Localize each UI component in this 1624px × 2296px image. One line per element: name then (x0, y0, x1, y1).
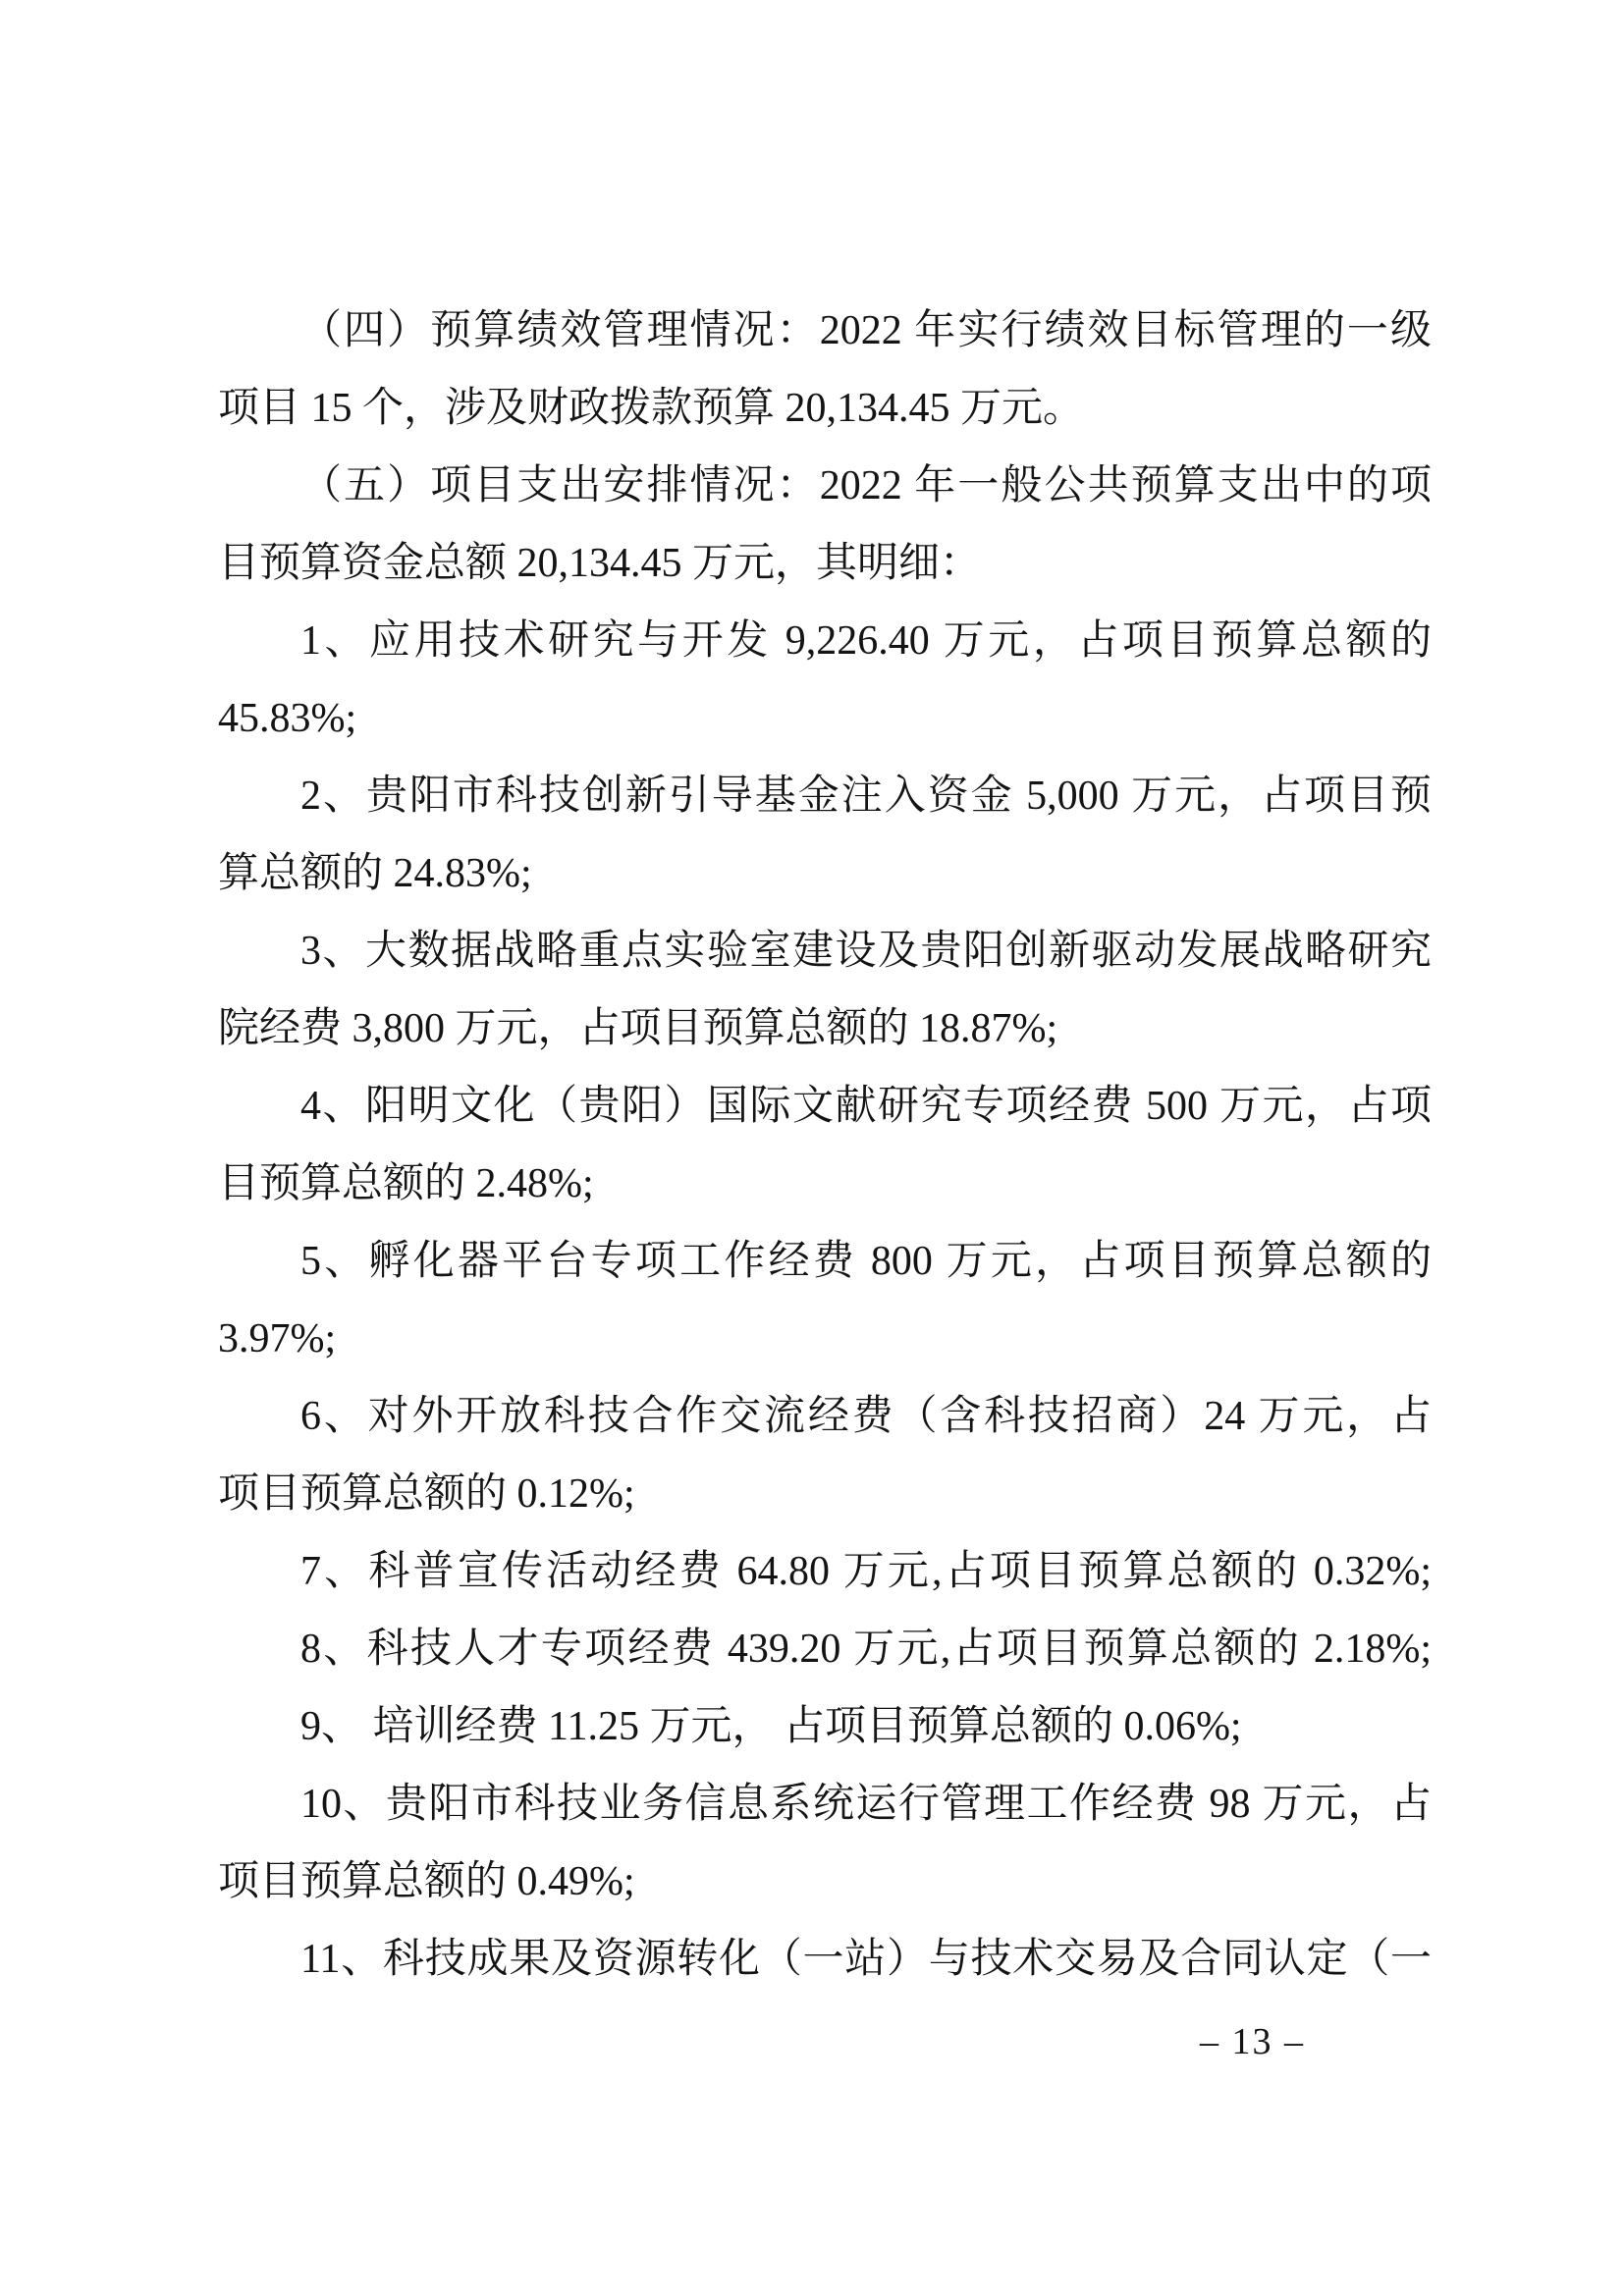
text-line: 项目 15 个，涉及财政拨款预算 20,134.45 万元。 (218, 370, 1432, 448)
text-line: 45.83%; (218, 680, 1432, 758)
text-line: 7、科普宣传活动经费 64.80 万元,占项目预算总额的 0.32%; (218, 1533, 1432, 1611)
text-line: 4、阳明文化（贵阳）国际文献研究专项经费 500 万元，占项 (218, 1068, 1432, 1146)
text-line: 项目预算总额的 0.12%; (218, 1456, 1432, 1533)
text-line: （四）预算绩效管理情况：2022 年实行绩效目标管理的一级 (218, 293, 1432, 370)
text-line: 8、科技人才专项经费 439.20 万元,占项目预算总额的 2.18%; (218, 1611, 1432, 1688)
page-number: – 13 – (1200, 2010, 1305, 2073)
text-line: 5、孵化器平台专项工作经费 800 万元，占项目预算总额的 (218, 1223, 1432, 1301)
text-line: 10、贵阳市科技业务信息系统运行管理工作经费 98 万元，占 (218, 1766, 1432, 1843)
text-line: 2、贵阳市科技创新引导基金注入资金 5,000 万元，占项目预 (218, 758, 1432, 835)
text-block: （四）预算绩效管理情况：2022 年实行绩效目标管理的一级 项目 15 个，涉及… (218, 293, 1432, 1999)
text-line: 院经费 3,800 万元，占项目预算总额的 18.87%; (218, 990, 1432, 1068)
text-line: 算总额的 24.83%; (218, 835, 1432, 913)
text-line: 项目预算总额的 0.49%; (218, 1843, 1432, 1921)
text-line: 3、大数据战略重点实验室建设及贵阳创新驱动发展战略研究 (218, 913, 1432, 990)
text-line: （五）项目支出安排情况：2022 年一般公共预算支出中的项 (218, 448, 1432, 525)
document-page: （四）预算绩效管理情况：2022 年实行绩效目标管理的一级 项目 15 个，涉及… (0, 0, 1624, 2296)
text-line: 3.97%; (218, 1301, 1432, 1378)
text-line: 9、 培训经费 11.25 万元， 占项目预算总额的 0.06%; (218, 1688, 1432, 1766)
text-line: 11、科技成果及资源转化（一站）与技术交易及合同认定（一 (218, 1921, 1432, 1999)
text-line: 6、对外开放科技合作交流经费（含科技招商）24 万元，占 (218, 1378, 1432, 1456)
text-line: 目预算资金总额 20,134.45 万元，其明细： (218, 525, 1432, 603)
text-line: 1、应用技术研究与开发 9,226.40 万元，占项目预算总额的 (218, 603, 1432, 680)
text-line: 目预算总额的 2.48%; (218, 1146, 1432, 1223)
